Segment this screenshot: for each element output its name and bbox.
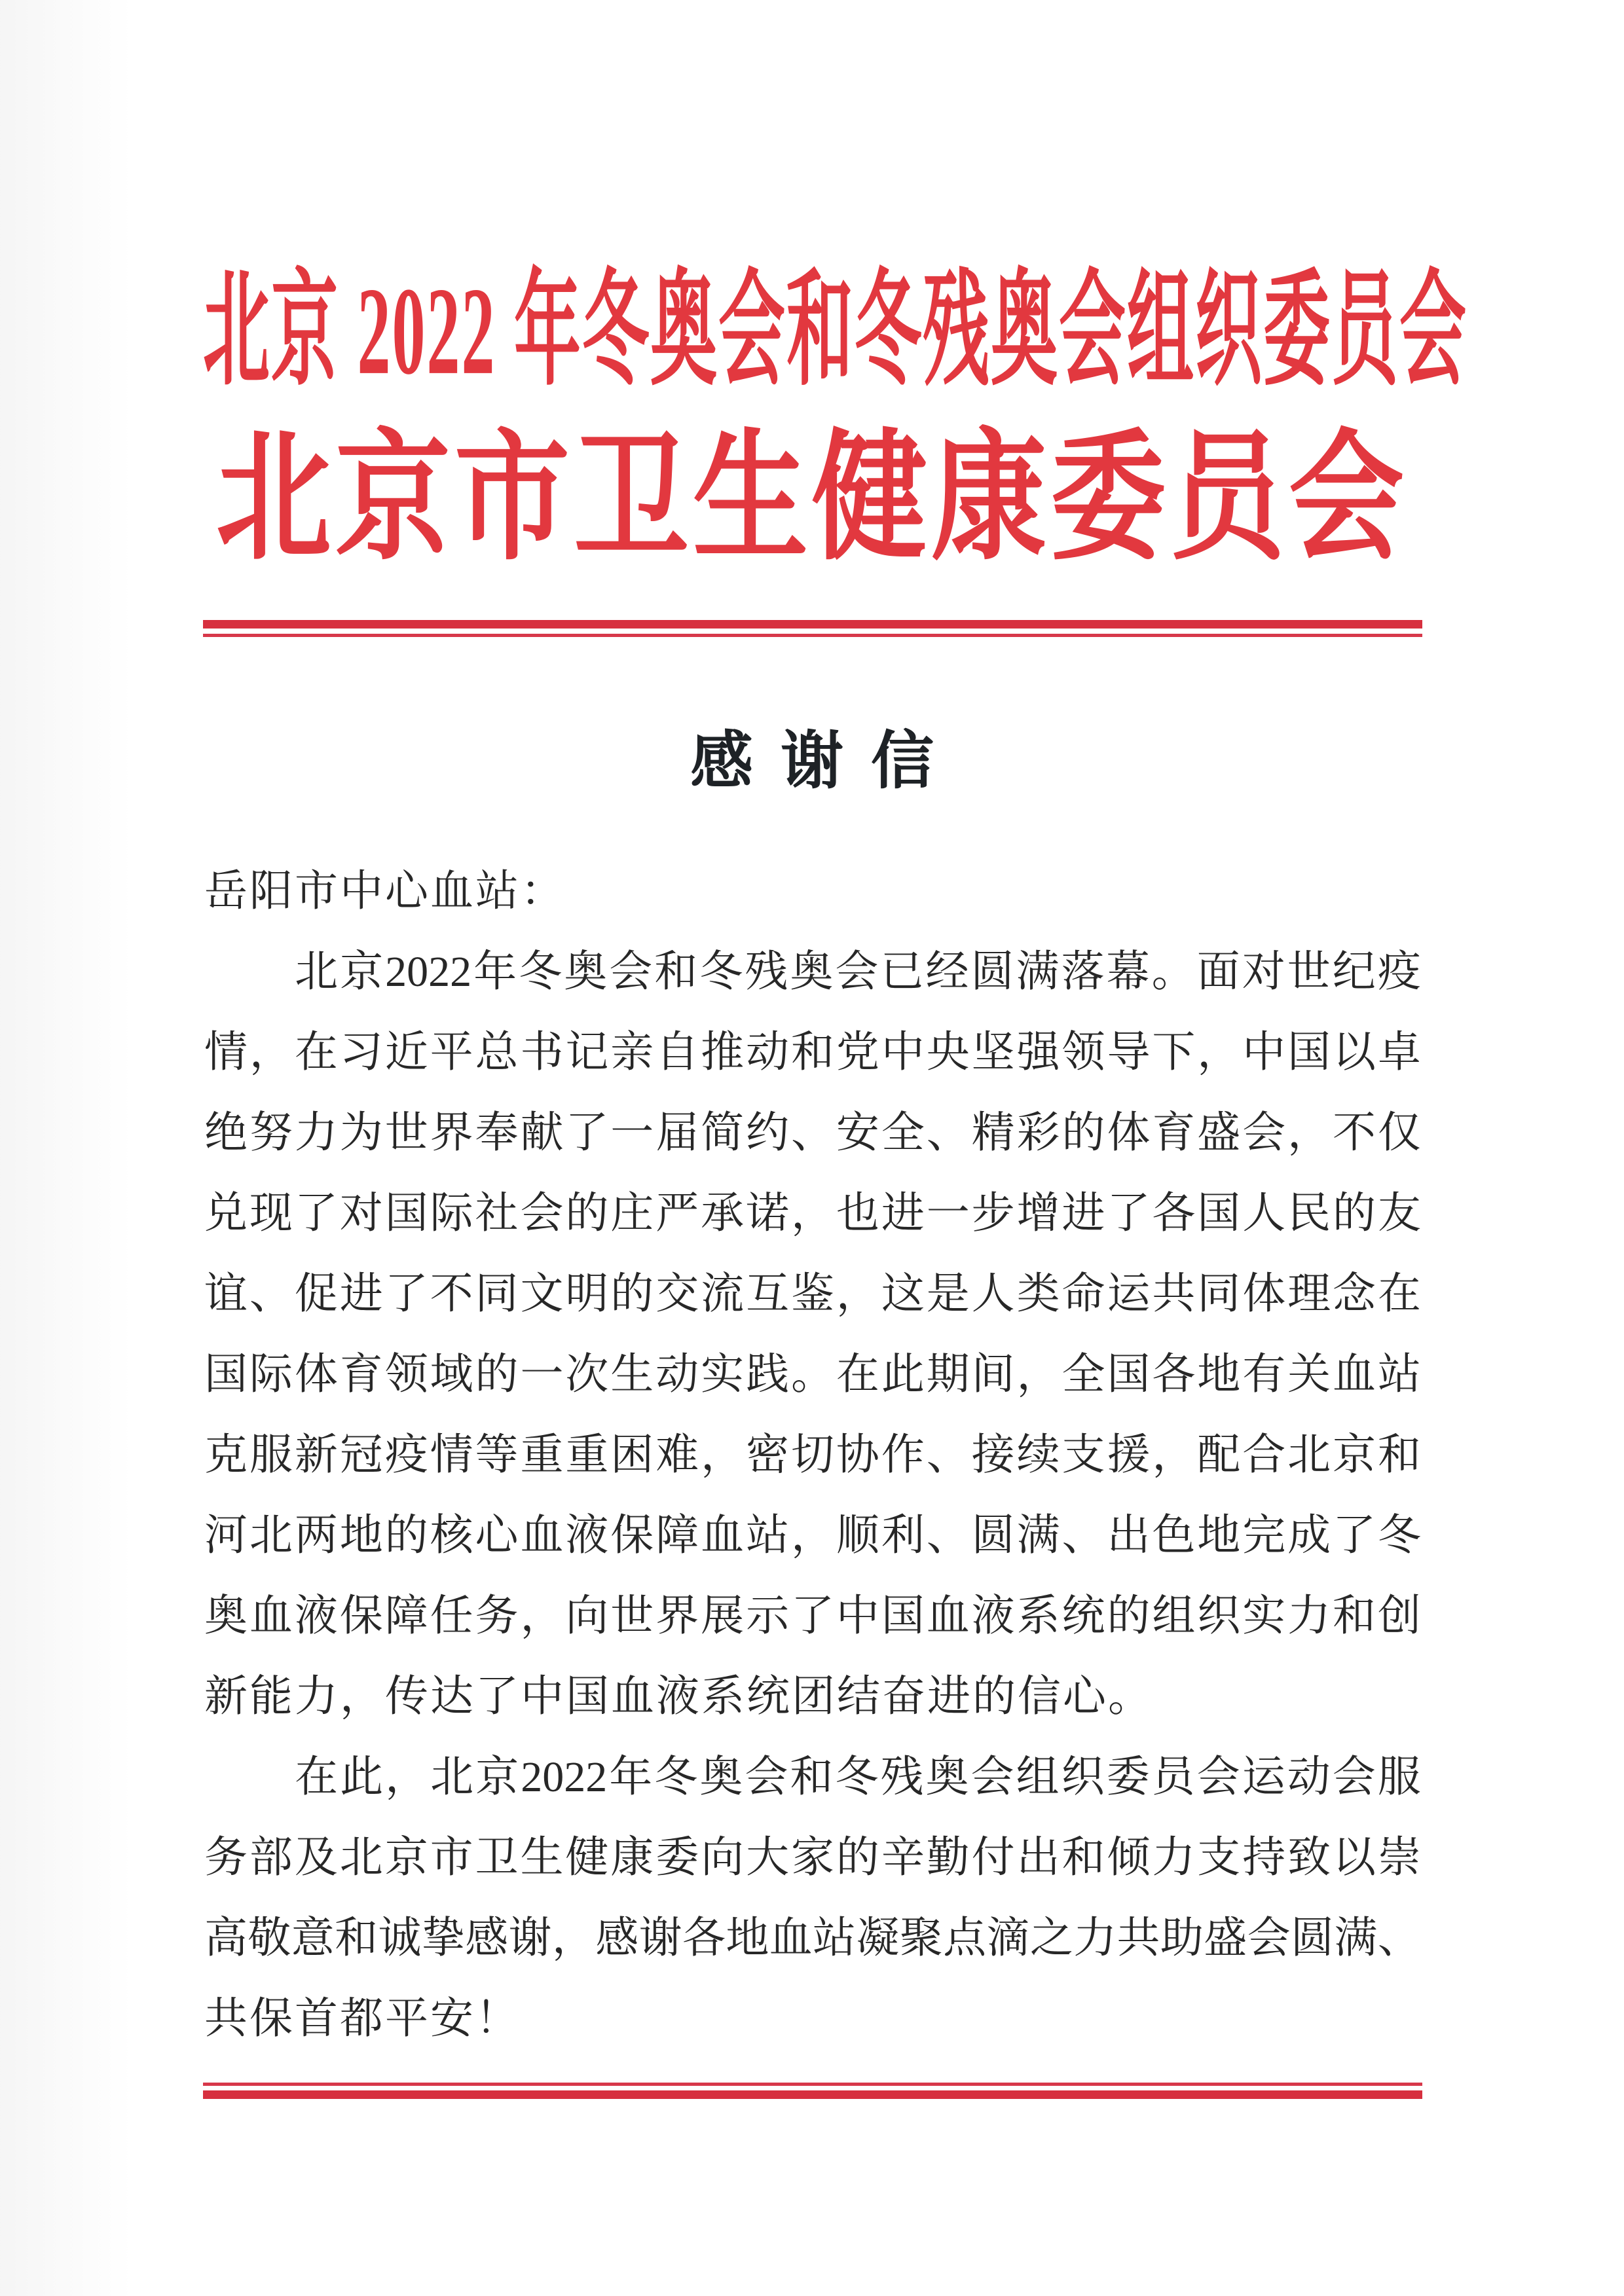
body-char: 和 <box>654 932 697 1012</box>
body-char: 会 <box>609 932 652 1012</box>
body-char: 支 <box>1062 1415 1105 1495</box>
body-char: 和 <box>790 1737 833 1817</box>
body-char: 等 <box>475 1415 519 1495</box>
body-char: 奥 <box>204 1576 248 1656</box>
body-char: ， <box>791 1173 834 1254</box>
body-char: 献 <box>520 1093 563 1173</box>
body-char: 谊 <box>204 1254 248 1334</box>
body-char: 了 <box>295 1173 338 1254</box>
body-char: 各 <box>682 1898 726 1978</box>
body-char: 感 <box>465 1898 508 1978</box>
body-char: 精 <box>972 1093 1015 1173</box>
body-char: 约 <box>746 1093 789 1173</box>
body-char: 满 <box>1017 1495 1060 1576</box>
body-char: 念 <box>1333 1254 1376 1334</box>
body-char: 共 <box>1152 1254 1195 1334</box>
body-char: 务 <box>204 1817 248 1898</box>
body-char: ， <box>552 1898 595 1978</box>
body-char: 际 <box>249 1334 293 1415</box>
body-char: 会 <box>520 1173 563 1254</box>
body-char: 对 <box>340 1173 383 1254</box>
body-char: 落 <box>1061 932 1105 1012</box>
body-char: 协 <box>836 1415 879 1495</box>
body-char: 力 <box>1287 1576 1331 1656</box>
body-char: 庄 <box>610 1173 654 1254</box>
body-char: 统 <box>1062 1576 1105 1656</box>
body-char: 向 <box>565 1576 608 1656</box>
body-char: 家 <box>791 1817 834 1898</box>
body-char: 中 <box>1242 1012 1285 1093</box>
body-char: 同 <box>1197 1254 1240 1334</box>
body-char: 辛 <box>881 1817 925 1898</box>
body-char: 血 <box>520 1495 563 1576</box>
body-line: 谊、促进了不同文明的交流互鉴，这是人类命运共同体理念在 <box>204 1254 1421 1334</box>
body-char: 聚 <box>900 1898 943 1978</box>
body-char: 记 <box>565 1012 608 1093</box>
body-char: 一 <box>610 1093 654 1173</box>
body-char: ， <box>520 1576 563 1656</box>
body-line: 新能力，传达了中国血液系统团结奋进的信心。 <box>204 1656 1421 1737</box>
body-char: 血 <box>701 1495 744 1576</box>
body-char: 冬 <box>654 1737 697 1817</box>
body-char: 增 <box>1017 1173 1060 1254</box>
body-char: 会 <box>745 1737 788 1817</box>
body-char: 推 <box>701 1012 744 1093</box>
body-char: 北 <box>430 1737 473 1817</box>
body-char: 国 <box>881 1576 925 1656</box>
title-char: 感 <box>690 730 753 793</box>
body-char: 和 <box>1333 1576 1376 1656</box>
body-char: 北 <box>1287 1415 1331 1495</box>
body-line: 高敬意和诚挚感谢，感谢各地血站凝聚点滴之力共助盛会圆满、 <box>204 1898 1421 1978</box>
body-char: 下 <box>1152 1012 1195 1093</box>
body-char: 的 <box>475 1334 519 1415</box>
body-char: 全 <box>881 1093 925 1173</box>
body-char: 全 <box>1062 1334 1105 1415</box>
body-char: 及 <box>295 1817 338 1898</box>
body-char: 付 <box>972 1817 1015 1898</box>
body-char: 残 <box>745 932 788 1012</box>
body-char: 坚 <box>972 1012 1015 1093</box>
body-char: 已 <box>880 932 923 1012</box>
body-char: 届 <box>655 1093 699 1173</box>
body-char: 员 <box>1152 1737 1195 1817</box>
body-char: 的 <box>385 1495 428 1576</box>
body-char: 的 <box>1062 1093 1105 1173</box>
body-char: 明 <box>565 1254 608 1334</box>
body-char: 高 <box>204 1898 248 1978</box>
body-char: 习 <box>340 1012 383 1093</box>
body-char: 合 <box>1242 1415 1285 1495</box>
body-line: 北京 2022 年冬奥会和冬残奥会已经圆满落幕。面对世纪疫 <box>204 932 1421 1012</box>
body-char: 完 <box>1242 1495 1285 1576</box>
body-char: 流 <box>701 1254 744 1334</box>
body-char: 年 <box>473 932 517 1012</box>
body-char: 卓 <box>1378 1012 1421 1093</box>
body-char: 助 <box>1160 1898 1204 1978</box>
body-char: 。 <box>1152 932 1195 1012</box>
body-char: 理 <box>1287 1254 1331 1334</box>
body-char: 血 <box>249 1576 293 1656</box>
body-char: 京 <box>1333 1415 1376 1495</box>
body-char: 世 <box>610 1576 654 1656</box>
body-char: 步 <box>972 1173 1015 1254</box>
body-char: 康 <box>610 1817 654 1898</box>
body-char: 点 <box>943 1898 986 1978</box>
body-char: 是 <box>927 1254 970 1334</box>
body-char <box>249 932 293 1012</box>
body-char: 不 <box>430 1254 473 1334</box>
body-char: 奥 <box>925 1737 969 1817</box>
body-char: 友 <box>1378 1173 1421 1254</box>
body-char: ， <box>1152 1415 1195 1495</box>
body-line: 河北两地的核心血液保障血站，顺利、圆满、出色地完成了冬 <box>204 1495 1421 1576</box>
body-char: 经 <box>925 932 969 1012</box>
body-char: 委 <box>655 1817 699 1898</box>
body-char: 的 <box>1107 1576 1150 1656</box>
body-char: 此 <box>340 1737 383 1817</box>
body-char: 致 <box>1287 1817 1331 1898</box>
body-char: 努 <box>249 1093 293 1173</box>
body-char: 仅 <box>1378 1093 1421 1173</box>
body-char: 奉 <box>475 1093 519 1173</box>
body-char: 织 <box>1197 1576 1240 1656</box>
body-char: 进 <box>881 1173 925 1254</box>
footer-divider-thin-line <box>203 2083 1422 2086</box>
body-char: 简 <box>701 1093 744 1173</box>
body-char: 和 <box>335 1898 378 1978</box>
body-char: 会 <box>835 932 878 1012</box>
body-char: 奥 <box>699 1737 743 1817</box>
body-char: 心 <box>475 1495 519 1576</box>
body-char: 诚 <box>378 1898 421 1978</box>
body-char: 、 <box>1378 1898 1421 1978</box>
body-char: 鉴 <box>791 1254 834 1334</box>
body-char: 展 <box>701 1576 744 1656</box>
body-char: 平 <box>430 1012 473 1093</box>
body-char: 配 <box>1197 1415 1240 1495</box>
body-char: 站 <box>813 1898 856 1978</box>
body-char: 克 <box>204 1415 248 1495</box>
body-char: 地 <box>726 1898 769 1978</box>
body-char: 滴 <box>986 1898 1029 1978</box>
body-char: 生 <box>520 1817 563 1898</box>
body-char: 对 <box>1242 932 1285 1012</box>
body-char: 世 <box>1287 932 1331 1012</box>
body-char: 党 <box>836 1012 879 1093</box>
body-char: 体 <box>1242 1254 1285 1334</box>
body-char: 重 <box>520 1415 563 1495</box>
body-char: 2022 <box>385 932 471 1012</box>
body-char: 世 <box>385 1093 428 1173</box>
body-char: 满 <box>1334 1898 1377 1978</box>
body-char: 次 <box>565 1334 608 1415</box>
body-char: 间 <box>972 1334 1015 1415</box>
body-char: 勤 <box>927 1817 970 1898</box>
body-line: 兑现了对国际社会的庄严承诺，也进一步增进了各国人民的友 <box>204 1173 1421 1254</box>
body-char: 力 <box>1073 1898 1116 1978</box>
body-char: 运 <box>1242 1737 1285 1817</box>
body-char: 绝 <box>204 1093 248 1173</box>
body-char: 残 <box>880 1737 923 1817</box>
body-char: 央 <box>927 1012 970 1093</box>
body-line: 务部及北京市卫生健康委向大家的辛勤付出和倾力支持致以崇 <box>204 1817 1421 1898</box>
body-char: 以 <box>1333 1012 1376 1093</box>
body-char: 、 <box>1062 1495 1105 1576</box>
body-char: 组 <box>1152 1576 1195 1656</box>
body-char: 谢 <box>639 1898 682 1978</box>
body-char: 书 <box>520 1012 563 1093</box>
body-char: 疫 <box>1378 932 1421 1012</box>
body-char: 国 <box>385 1173 428 1254</box>
body-char: 组 <box>1016 1737 1060 1817</box>
body-char: 北 <box>340 1817 383 1898</box>
body-char: 动 <box>655 1334 699 1415</box>
body-char: 系 <box>1017 1576 1060 1656</box>
body-char: 在 <box>295 1012 338 1093</box>
letterhead-org-olympic: 北京 2022 年冬奥会和冬残奥会组织委员会 <box>203 270 1467 395</box>
body-char: 一 <box>927 1173 970 1254</box>
body-line: 奥血液保障任务，向世界展示了中国血液系统的组织实力和创 <box>204 1576 1421 1656</box>
body-char: 奥 <box>564 932 607 1012</box>
body-char: 在 <box>836 1334 879 1415</box>
body-char: 总 <box>475 1012 519 1093</box>
body-char: ， <box>249 1012 293 1093</box>
body-char: 会 <box>971 1737 1014 1817</box>
body-char: 北 <box>249 1495 293 1576</box>
body-char: 年 <box>609 1737 652 1817</box>
body-char: 中 <box>881 1012 925 1093</box>
body-char: 核 <box>430 1495 473 1576</box>
header-divider <box>203 620 1422 637</box>
body-char: 严 <box>655 1173 699 1254</box>
body-char: 和 <box>1378 1415 1421 1495</box>
body-char: 领 <box>385 1334 428 1415</box>
body-char: 血 <box>1333 1334 1376 1415</box>
title-char: 信 <box>871 730 934 793</box>
body-char: 满 <box>1016 932 1060 1012</box>
body-char: 支 <box>1197 1817 1240 1898</box>
body-char: 2022 <box>521 1737 607 1817</box>
body-char: 、 <box>249 1254 293 1334</box>
body-line: 在此，北京 2022 年冬奥会和冬残奥会组织委员会运动会服 <box>204 1737 1421 1817</box>
body-char: 河 <box>204 1495 248 1576</box>
body-char: 体 <box>1107 1093 1150 1173</box>
body-char: 民 <box>1287 1173 1331 1254</box>
body-char: 健 <box>565 1817 608 1898</box>
body-char: 冬 <box>1378 1495 1421 1576</box>
body-char: 中 <box>836 1576 879 1656</box>
body-char: 促 <box>295 1254 338 1334</box>
body-char: 向 <box>701 1817 744 1898</box>
body-char: 地 <box>1197 1334 1240 1415</box>
body-char: 国 <box>204 1334 248 1415</box>
body-char: 站 <box>1378 1334 1421 1415</box>
body-char: 导 <box>1107 1012 1150 1093</box>
body-char: ， <box>1017 1334 1060 1415</box>
body-char <box>204 932 248 1012</box>
body-char: 两 <box>295 1495 338 1576</box>
body-char: 域 <box>430 1334 473 1415</box>
body-char: 示 <box>746 1576 789 1656</box>
body-char: 冬 <box>699 932 743 1012</box>
body-char: 利 <box>881 1495 925 1576</box>
body-char: 践 <box>746 1334 789 1415</box>
body-char: 切 <box>791 1415 834 1495</box>
body-char: 实 <box>701 1334 744 1415</box>
body-char: 诺 <box>746 1173 789 1254</box>
body-char: 面 <box>1197 932 1240 1012</box>
body-char: 动 <box>746 1012 789 1093</box>
body-char: 圆 <box>1291 1898 1334 1978</box>
body-char: 同 <box>475 1254 519 1334</box>
body-char: 共 <box>1117 1898 1160 1978</box>
body-char: ， <box>1197 1012 1240 1093</box>
body-char: 幕 <box>1107 932 1150 1012</box>
body-char: 务 <box>475 1576 519 1656</box>
body-char: 文 <box>520 1254 563 1334</box>
body-char: 盛 <box>1204 1898 1247 1978</box>
body-char: 保 <box>610 1495 654 1576</box>
body-char: 力 <box>295 1093 338 1173</box>
body-char: 的 <box>836 1817 879 1898</box>
body-char: 不 <box>1333 1093 1376 1173</box>
body-char <box>249 1737 293 1817</box>
body-char: 意 <box>291 1898 335 1978</box>
body-char: 体 <box>295 1334 338 1415</box>
body-char: 命 <box>1062 1254 1105 1334</box>
body-char: 会 <box>1333 1737 1376 1817</box>
body-char: 国 <box>1287 1012 1331 1093</box>
body-char: 际 <box>430 1173 473 1254</box>
body-char: 运 <box>1107 1254 1150 1334</box>
header-divider-thin-line <box>203 634 1422 637</box>
body-char: 盛 <box>1197 1093 1240 1173</box>
body-line: 克服新冠疫情等重重困难，密切协作、接续支援，配合北京和 <box>204 1415 1421 1495</box>
body-char: 在 <box>295 1737 338 1817</box>
body-char: 疫 <box>385 1415 428 1495</box>
body-char: 以 <box>1333 1817 1376 1898</box>
body-char: 作 <box>881 1415 925 1495</box>
body-char: 创 <box>1378 1576 1421 1656</box>
body-char: 互 <box>746 1254 789 1334</box>
body-line: 国际体育领域的一次生动实践。在此期间，全国各地有关血站 <box>204 1334 1421 1415</box>
body-char: 密 <box>746 1415 789 1495</box>
body-char: 卫 <box>475 1817 519 1898</box>
body-char: 的 <box>610 1254 654 1334</box>
body-char: 障 <box>385 1576 428 1656</box>
body-char: 持 <box>1242 1817 1285 1898</box>
body-char: 有 <box>1242 1334 1285 1415</box>
body-char: 感 <box>595 1898 638 1978</box>
body-char: 顺 <box>836 1495 879 1576</box>
body-char: 类 <box>1017 1254 1060 1334</box>
body-char: 力 <box>1152 1817 1195 1898</box>
body-char: 进 <box>1062 1173 1105 1254</box>
body-char: 液 <box>972 1576 1015 1656</box>
body-char: 大 <box>746 1817 789 1898</box>
body-char: 色 <box>1152 1495 1195 1576</box>
body-char: ， <box>1287 1093 1331 1173</box>
header-divider-thick-line <box>203 620 1422 629</box>
body-char: 。 <box>791 1334 834 1415</box>
body-char: 交 <box>655 1254 699 1334</box>
body-char: 凝 <box>856 1898 899 1978</box>
body-char: 冬 <box>835 1737 878 1817</box>
body-char: 圆 <box>971 932 1014 1012</box>
body-char: 安 <box>836 1093 879 1173</box>
body-char: 续 <box>1017 1415 1060 1495</box>
body-char: 崇 <box>1378 1817 1421 1898</box>
scan-shadow <box>0 0 177 2296</box>
body-char: 之 <box>1030 1898 1073 1978</box>
body-line: 共保首都平安！ <box>204 1978 1421 2059</box>
body-char: 此 <box>881 1334 925 1415</box>
body-char: 在 <box>1378 1254 1421 1334</box>
letterhead-line-1: 北京 2022 年冬奥会和冬残奥会组织委员会 <box>203 270 1421 401</box>
body-char: 为 <box>340 1093 383 1173</box>
body-char: 援 <box>1107 1415 1150 1495</box>
body-char: 冠 <box>340 1415 383 1495</box>
body-char: 冬 <box>519 932 562 1012</box>
body-char: 出 <box>1107 1495 1150 1576</box>
body-char: 关 <box>1287 1334 1331 1415</box>
body-char: 纪 <box>1333 932 1376 1012</box>
body-char: 兑 <box>204 1173 248 1254</box>
body-char: 界 <box>655 1576 699 1656</box>
body-char: 液 <box>565 1495 608 1576</box>
body-char: 难 <box>655 1415 699 1495</box>
body-char: 情 <box>204 1012 248 1093</box>
body-char: 近 <box>385 1012 428 1093</box>
body-char: 接 <box>972 1415 1015 1495</box>
body-char: 、 <box>927 1495 970 1576</box>
body-char: 地 <box>1197 1495 1240 1576</box>
body-char: 京 <box>475 1737 519 1817</box>
body-char: 倾 <box>1107 1817 1150 1898</box>
body-char: 保 <box>340 1576 383 1656</box>
body-char: 服 <box>1378 1737 1421 1817</box>
body-char: 人 <box>972 1254 1015 1334</box>
body-char: 会 <box>1242 1093 1285 1173</box>
body-char: 和 <box>791 1012 834 1093</box>
body-line: 岳阳市中心血站： <box>204 851 1421 932</box>
body-line: 绝努力为世界奉献了一届简约、安全、精彩的体育盛会，不仅 <box>204 1093 1421 1173</box>
body-char: 京 <box>385 1817 428 1898</box>
body-char: 界 <box>430 1093 473 1173</box>
body-char: 市 <box>430 1817 473 1898</box>
body-char: 、 <box>927 1093 970 1173</box>
body-char: 困 <box>610 1415 654 1495</box>
body-char: 血 <box>769 1898 813 1978</box>
body-char: 期 <box>927 1334 970 1415</box>
body-char: 出 <box>1017 1817 1060 1898</box>
body-char: 会 <box>1197 1737 1240 1817</box>
body-char: 新 <box>295 1415 338 1495</box>
body-char: 也 <box>836 1173 879 1254</box>
body-char: 织 <box>1061 1737 1105 1817</box>
body-char: 站 <box>746 1495 789 1576</box>
body-char: 圆 <box>972 1495 1015 1576</box>
body-char: 自 <box>655 1012 699 1093</box>
body-char: 现 <box>249 1173 293 1254</box>
body-char: 委 <box>1107 1737 1150 1817</box>
body-char: 实 <box>1242 1576 1285 1656</box>
body-char: 进 <box>340 1254 383 1334</box>
body-char: 京 <box>340 932 383 1012</box>
body-char: ， <box>701 1415 744 1495</box>
body-char: 血 <box>927 1576 970 1656</box>
